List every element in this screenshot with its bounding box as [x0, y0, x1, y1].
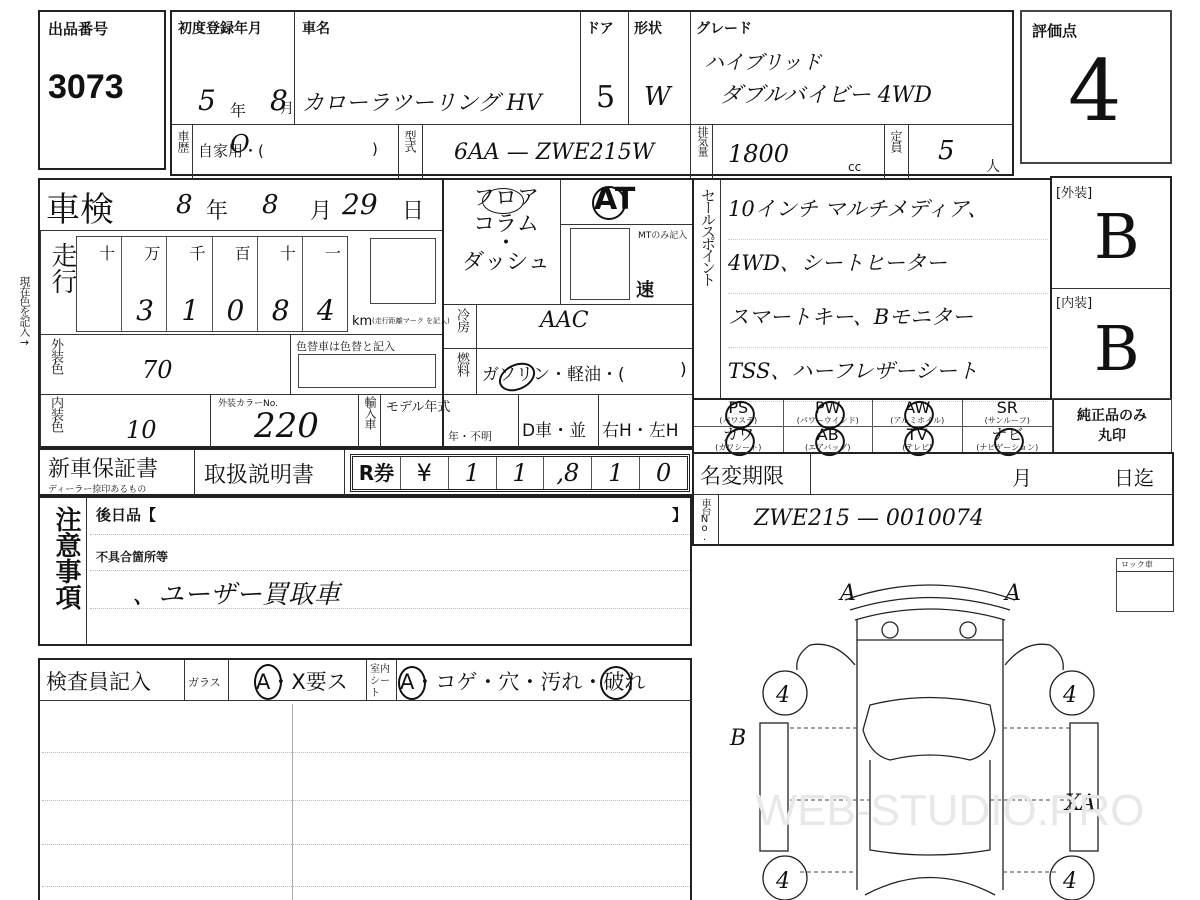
model-year-label: モデル年式: [386, 396, 450, 415]
mileage-digit-header: 千: [190, 241, 206, 264]
capacity-label: 定員: [888, 130, 905, 152]
damage-mark-front-left: A: [838, 581, 856, 606]
shift-option: ・: [456, 238, 556, 250]
inspection-month-unit: 月: [310, 194, 332, 225]
inspection-month: 8: [262, 190, 279, 220]
inspection-day-unit: 日: [402, 194, 424, 225]
sales-point-line: 10インチ マルチメディア、: [728, 186, 1048, 240]
manual-label[interactable]: 取扱説明書: [204, 458, 314, 489]
mileage-digit-cell: 十: [77, 237, 122, 331]
damage-mark-left-side: B: [729, 726, 746, 751]
seat-selected-circle-dirt: [600, 666, 632, 700]
equipment-code: SR: [963, 400, 1053, 416]
damage-mark-wheel-fr: 4: [1062, 683, 1077, 708]
lot-box: 出品番号 3073: [38, 10, 166, 170]
later-items-label: 後日品【: [96, 504, 156, 525]
warranty-label: 新車保証書: [48, 452, 158, 483]
registration-year-unit: 年: [230, 98, 246, 121]
recycle-digit: ,8: [544, 457, 592, 489]
exterior-grade-value: B: [1094, 200, 1140, 273]
mileage-digit-cell: 百0: [213, 237, 258, 331]
warranty-sub: ディーラー捺印あるもの: [48, 482, 146, 495]
documents-row: 新車保証書 ディーラー捺印あるもの 取扱説明書 R券¥11,810: [38, 448, 694, 496]
defects-label: 不具合箇所等: [96, 548, 168, 565]
interior-color-value: 10: [126, 416, 157, 444]
mileage-digit-value: 4: [317, 294, 335, 327]
genuine-note-line1: 純正品のみ: [1053, 405, 1171, 425]
dealer-option: D車・並: [522, 416, 586, 441]
svg-text:WEB-STUDIO.PRO: WEB-STUDIO.PRO: [756, 786, 1145, 835]
displacement-value: 1800: [728, 140, 789, 168]
lot-number: 3073: [48, 68, 124, 107]
sales-point-line: スマートキー、Bモニター: [728, 294, 1048, 348]
notes-label: 注意事項: [48, 506, 85, 610]
history-mark: O: [230, 130, 250, 158]
car-name-label: 車名: [302, 18, 330, 38]
glass-selected-circle: [254, 664, 282, 700]
handle-option: 右H・左H: [602, 416, 679, 441]
exterior-grade-label: [外装]: [1056, 182, 1092, 201]
car-damage-diagram: AA4444BXA WEB-STUDIO.PRO: [700, 560, 1200, 900]
shift-option: ダッシュ: [456, 250, 556, 276]
sales-points-block: セールスポイント 10インチ マルチメディア、4WD、シートヒータースマートキー…: [692, 178, 1052, 400]
aircon-value: AAC: [540, 308, 589, 333]
color-no-value: 220: [254, 406, 319, 446]
model-code-value: 6AA — ZWE215W: [454, 140, 654, 165]
equipment-ab: AB(エアバッグ): [784, 427, 874, 453]
mileage-digit-header: 万: [144, 241, 160, 264]
body-shape-value: W: [644, 82, 671, 112]
odometer-mark-box: [370, 238, 436, 304]
inspector-block: 検査員記入 ガラス A・X要ス 室内シート A・コゲ・穴・汚れ・破れ: [38, 658, 692, 900]
recycle-digit: 1: [497, 457, 545, 489]
grade-line1: ハイブリッド: [704, 46, 822, 75]
interior-grade-value: B: [1094, 312, 1140, 385]
registration-label: 初度登録年月: [178, 18, 262, 38]
mileage-digit-value: 0: [227, 294, 245, 327]
inspection-block: 車検 8 年 8 月 29 日 走行 十万3千1百0十8一4 km (走行距離マ…: [38, 178, 444, 448]
damage-mark-front-right: A: [1003, 581, 1021, 606]
damage-mark-wheel-fl: 4: [775, 683, 790, 708]
mileage-unit: km: [352, 314, 372, 329]
defects-value: 、ユーザー買取車: [132, 574, 340, 611]
interior-grade-label: [内装]: [1056, 292, 1092, 311]
equipment-block: PS(パワステ)PW(パワーウインド)AW(アルミホイル)SR(サンルーフ)カワ…: [692, 398, 1054, 454]
history-label: 車歴: [175, 130, 192, 152]
recycle-yen: ¥: [401, 457, 449, 489]
name-change-month: 月: [1012, 462, 1032, 491]
damage-mark-wheel-rr: 4: [1062, 869, 1077, 894]
fuel-label: 燃料: [452, 352, 471, 376]
score-value: 4: [1068, 42, 1121, 140]
equipment-pw: PW(パワーウインド): [784, 400, 874, 427]
mileage-digit-cell: 十8: [258, 237, 303, 331]
seat-selected-circle-a: [398, 666, 426, 700]
speed-label: 速: [636, 276, 654, 302]
genuine-note-line2: 丸印: [1053, 425, 1171, 445]
shift-selected-circle: [482, 188, 524, 214]
fuel-close: ): [680, 360, 687, 380]
notes-block: 注意事項 後日品【 】 不具合箇所等 、ユーザー買取車: [38, 496, 692, 646]
recycle-digit: 0: [640, 457, 687, 489]
sales-points-label: セールスポイント: [698, 188, 719, 284]
capacity-value: 5: [938, 136, 955, 166]
year-unknown: 年・不明: [448, 428, 492, 444]
mileage-digit-header: 十: [99, 241, 115, 264]
seat-label: 室内シート: [370, 664, 394, 700]
genuine-note-box: 純正品のみ 丸印: [1052, 398, 1172, 454]
doors-value: 5: [596, 80, 615, 115]
name-change-block: 名変期限 月 日迄 車台No. ZWE215 — 0010074: [692, 452, 1174, 546]
exterior-color-value: 70: [142, 356, 173, 384]
equipment-sr: SR(サンルーフ): [963, 400, 1053, 427]
score-box: 評価点 4: [1020, 10, 1172, 164]
mileage-digit-cell: 一4: [303, 237, 347, 331]
body-shape-label: 形状: [634, 18, 662, 38]
equipment-ps: PS(パワステ): [694, 400, 784, 427]
history-close: ): [372, 140, 378, 158]
grade-label: グレード: [696, 18, 752, 38]
grade-block: [外装] B [内装] B: [1050, 176, 1172, 400]
chassis-label: 車台No.: [697, 498, 712, 541]
repaint-field[interactable]: [298, 354, 436, 388]
equipment-aw: AW(アルミホイル): [873, 400, 963, 427]
import-label: 輸入車: [362, 396, 379, 429]
mt-speed-box[interactable]: [570, 228, 630, 300]
later-items-close: 】: [672, 504, 687, 525]
transmission-circle: [592, 186, 626, 220]
doors-label: ドア: [586, 18, 614, 38]
mt-note: MTのみ記入: [638, 228, 688, 241]
car-name-value: カローラツーリング HV: [302, 86, 542, 117]
repaint-label: 色替車は色替と記入: [296, 338, 395, 354]
mileage-digit-value: 1: [181, 294, 199, 327]
registration-month-unit: 月: [280, 98, 294, 118]
name-change-label: 名変期限: [700, 460, 784, 490]
mileage-digit-value: 3: [136, 294, 154, 327]
displacement-label: 排気量: [694, 126, 710, 156]
recycle-label: R券: [353, 457, 401, 489]
lot-label: 出品番号: [48, 18, 108, 39]
mileage-digit-header: 百: [235, 241, 251, 264]
sales-points-lines: 10インチ マルチメディア、4WD、シートヒータースマートキー、BモニターTSS…: [728, 186, 1048, 402]
inspection-label: 車検: [46, 182, 114, 231]
shift-block: フロアコラム・ダッシュ AT MTのみ記入 速 冷房 AAC 燃料 ガソリン・軽…: [442, 178, 694, 448]
inspection-day: 29: [342, 188, 378, 221]
recycle-digit: 1: [592, 457, 640, 489]
mileage-digit-cell: 千1: [167, 237, 212, 331]
name-change-day: 日迄: [1114, 462, 1154, 491]
recycle-digit: 1: [449, 457, 497, 489]
mileage-note: (走行距離マーク を記入): [372, 316, 450, 326]
vehicle-header: 初度登録年月 5 年 8 月 車名 カローラツーリング HV ドア 5 形状 W…: [170, 10, 1014, 176]
glass-label: ガラス: [188, 674, 221, 690]
mileage-digit-header: 一: [325, 241, 341, 264]
inspection-year: 8: [176, 190, 193, 220]
exterior-color-label: 外装色: [46, 338, 65, 374]
displacement-unit: cc: [848, 160, 861, 174]
aircon-label: 冷房: [452, 308, 471, 332]
sales-point-line: 4WD、シートヒーター: [728, 240, 1048, 294]
recycle-box: R券¥11,810: [350, 454, 690, 492]
registration-year: 5: [198, 84, 216, 117]
damage-mark-wheel-rl: 4: [775, 869, 790, 894]
grade-line2: ダブルバイビー 4WD: [720, 78, 932, 109]
inspector-label: 検査員記入: [46, 666, 151, 696]
equipment-ナビ: ナビ(ナビゲーション): [963, 427, 1053, 453]
mileage-digit-header: 十: [280, 241, 296, 264]
chassis-value: ZWE215 — 0010074: [754, 506, 984, 531]
score-label: 評価点: [1032, 20, 1077, 41]
mileage-digits: 十万3千1百0十8一4: [76, 236, 348, 332]
equipment-カワ: カワ(カワシート): [694, 427, 784, 453]
side-note: 現在色を記入→: [16, 276, 32, 348]
capacity-unit: 人: [986, 156, 1000, 176]
model-code-label: 型式: [402, 130, 419, 152]
mileage-digit-cell: 万3: [122, 237, 167, 331]
interior-color-label: 内装色: [46, 396, 65, 432]
equipment-tv: TV(テレビ): [873, 427, 963, 453]
mileage-digit-value: 8: [272, 294, 290, 327]
inspection-year-unit: 年: [206, 194, 228, 225]
sales-point-line: TSS、ハーフレザーシート: [728, 348, 1048, 402]
